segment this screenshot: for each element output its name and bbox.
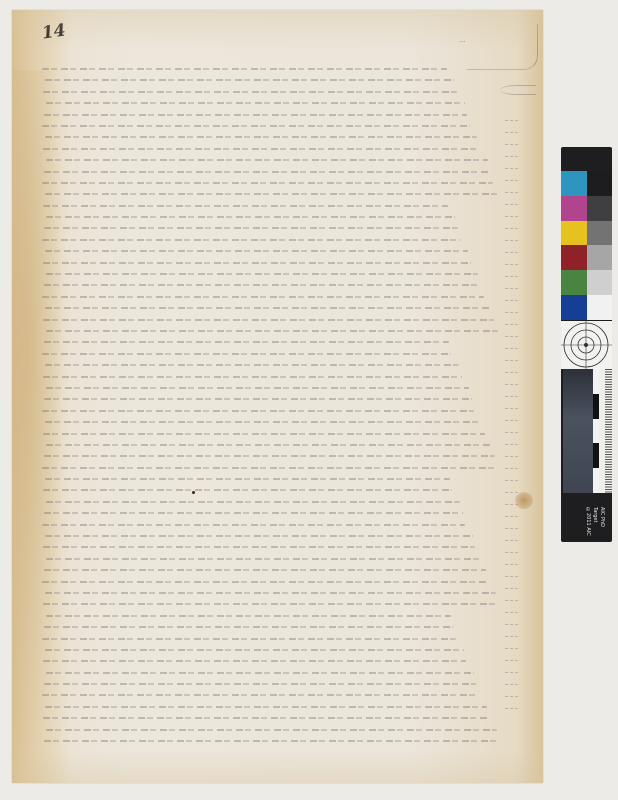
margin-note-line (505, 576, 519, 577)
margin-note-line (505, 516, 519, 517)
margin-note-line (505, 672, 519, 673)
margin-note-line (505, 420, 519, 421)
margin-note-line (505, 348, 519, 349)
patch-row (561, 245, 612, 270)
margin-note-line (505, 300, 519, 301)
text-line (45, 250, 468, 252)
text-line (42, 125, 470, 127)
text-line (42, 524, 465, 526)
text-line (45, 478, 450, 480)
margin-note-line (505, 288, 519, 289)
target-label-line2: ©2011 AIC (584, 507, 591, 542)
text-line (46, 216, 455, 218)
patch-row (561, 295, 612, 320)
corner-annotation-text: ... (459, 36, 466, 44)
color-patch (587, 171, 613, 196)
margin-note-line (505, 408, 519, 409)
margin-note-line (505, 228, 519, 229)
patch-row (561, 171, 612, 196)
color-patch (561, 295, 587, 320)
color-patch (561, 221, 587, 246)
text-line (43, 148, 480, 150)
margin-note-line (505, 180, 519, 181)
margin-note-line (505, 264, 519, 265)
margin-note-line (505, 132, 519, 133)
text-line (44, 626, 453, 628)
margin-note-line (505, 612, 519, 613)
text-line (43, 205, 448, 207)
text-line (43, 433, 485, 435)
margin-note-line (505, 240, 519, 241)
color-patches (561, 171, 612, 320)
color-patch (587, 221, 613, 246)
color-patch (587, 196, 613, 221)
color-patch (587, 270, 613, 295)
color-patch (587, 245, 613, 270)
text-line (46, 444, 492, 446)
text-line (44, 569, 486, 571)
margin-note-line (505, 252, 519, 253)
margin-note-line (505, 468, 519, 469)
text-line (44, 455, 495, 457)
margin-note-line (505, 564, 519, 565)
text-line (45, 193, 500, 195)
margin-note-line (505, 660, 519, 661)
margin-notes (505, 120, 525, 720)
text-line (44, 284, 481, 286)
text-line (43, 489, 452, 491)
text-line (45, 136, 477, 138)
text-line (46, 330, 501, 332)
margin-note-line (505, 708, 519, 709)
margin-note-line (505, 552, 519, 553)
corner-annotation-mark (467, 24, 538, 70)
text-line (46, 558, 483, 560)
target-label: AIC PhD Target ©2011 AIC (569, 507, 605, 542)
text-line (46, 387, 469, 389)
text-line (45, 706, 487, 708)
text-line (44, 512, 463, 514)
margin-note-line (505, 384, 519, 385)
margin-note-line (505, 120, 519, 121)
margin-note-line (505, 372, 519, 373)
text-line (43, 546, 475, 548)
margin-note-line (505, 144, 519, 145)
color-patch (561, 196, 587, 221)
pointer-mark (500, 85, 536, 95)
margin-note-line (505, 588, 519, 589)
margin-note-line (505, 600, 519, 601)
margin-note-line (505, 204, 519, 205)
text-line (42, 353, 451, 355)
text-line (43, 717, 489, 719)
margin-note-line (505, 276, 519, 277)
color-patch (561, 171, 587, 196)
text-line (45, 592, 496, 594)
margin-note-line (505, 360, 519, 361)
color-patch (561, 270, 587, 295)
target-label-line1: AIC PhD Target (591, 507, 605, 542)
gray-strip (563, 369, 593, 493)
margin-note-line (505, 528, 519, 529)
patch-row (561, 270, 612, 295)
text-line (44, 683, 476, 685)
patch-row (561, 221, 612, 246)
color-patch (561, 245, 587, 270)
text-line (43, 376, 462, 378)
margin-note-line (505, 312, 519, 313)
margin-note-line (505, 444, 519, 445)
margin-note-line (505, 432, 519, 433)
margin-note-line (505, 684, 519, 685)
text-line (46, 102, 465, 104)
ink-dot (192, 491, 195, 494)
text-line (42, 410, 474, 412)
text-line (43, 603, 498, 605)
text-line (45, 307, 491, 309)
color-patch (587, 295, 613, 320)
color-calibration-target: AIC PhD Target ©2011 AIC (561, 147, 612, 542)
text-line (44, 740, 499, 742)
text-line (44, 341, 449, 343)
margin-note-line (505, 648, 519, 649)
scale-ruler-area (561, 369, 612, 493)
text-line (46, 615, 451, 617)
text-line (42, 182, 493, 184)
scale-ruler (599, 369, 612, 493)
text-line (43, 319, 494, 321)
text-line (43, 262, 471, 264)
text-line (46, 672, 474, 674)
margin-note-line (505, 540, 519, 541)
text-line (45, 535, 473, 537)
text-line (42, 581, 488, 583)
text-line (43, 660, 466, 662)
text-line (46, 273, 478, 275)
text-line (46, 159, 488, 161)
margin-note-line (505, 324, 519, 325)
text-line (46, 501, 460, 503)
text-line (46, 729, 497, 731)
text-line (45, 421, 482, 423)
margin-note-line (505, 156, 519, 157)
margin-note-line (505, 456, 519, 457)
page-number: 14 (41, 20, 67, 43)
text-line (45, 649, 464, 651)
text-line (43, 91, 457, 93)
patch-row (561, 196, 612, 221)
text-line (42, 239, 461, 241)
foxing-spot (515, 492, 533, 509)
margin-note-line (505, 396, 519, 397)
text-line (42, 467, 497, 469)
margin-note-line (505, 624, 519, 625)
margin-note-line (505, 480, 519, 481)
margin-note-line (505, 492, 519, 493)
margin-note-line (505, 636, 519, 637)
margin-note-line (505, 192, 519, 193)
focus-target-icon (561, 321, 612, 369)
manuscript-page: 14 ... (12, 10, 543, 783)
handwritten-body-text (42, 68, 502, 751)
text-line (44, 398, 472, 400)
text-line (42, 638, 456, 640)
text-line (45, 79, 454, 81)
text-line (42, 694, 479, 696)
margin-note-line (505, 216, 519, 217)
text-line (42, 296, 484, 298)
text-line (44, 227, 458, 229)
text-line (44, 114, 467, 116)
margin-note-line (505, 168, 519, 169)
margin-note-line (505, 696, 519, 697)
text-line (42, 68, 447, 70)
text-line (45, 364, 459, 366)
margin-note-line (505, 336, 519, 337)
text-line (44, 171, 490, 173)
